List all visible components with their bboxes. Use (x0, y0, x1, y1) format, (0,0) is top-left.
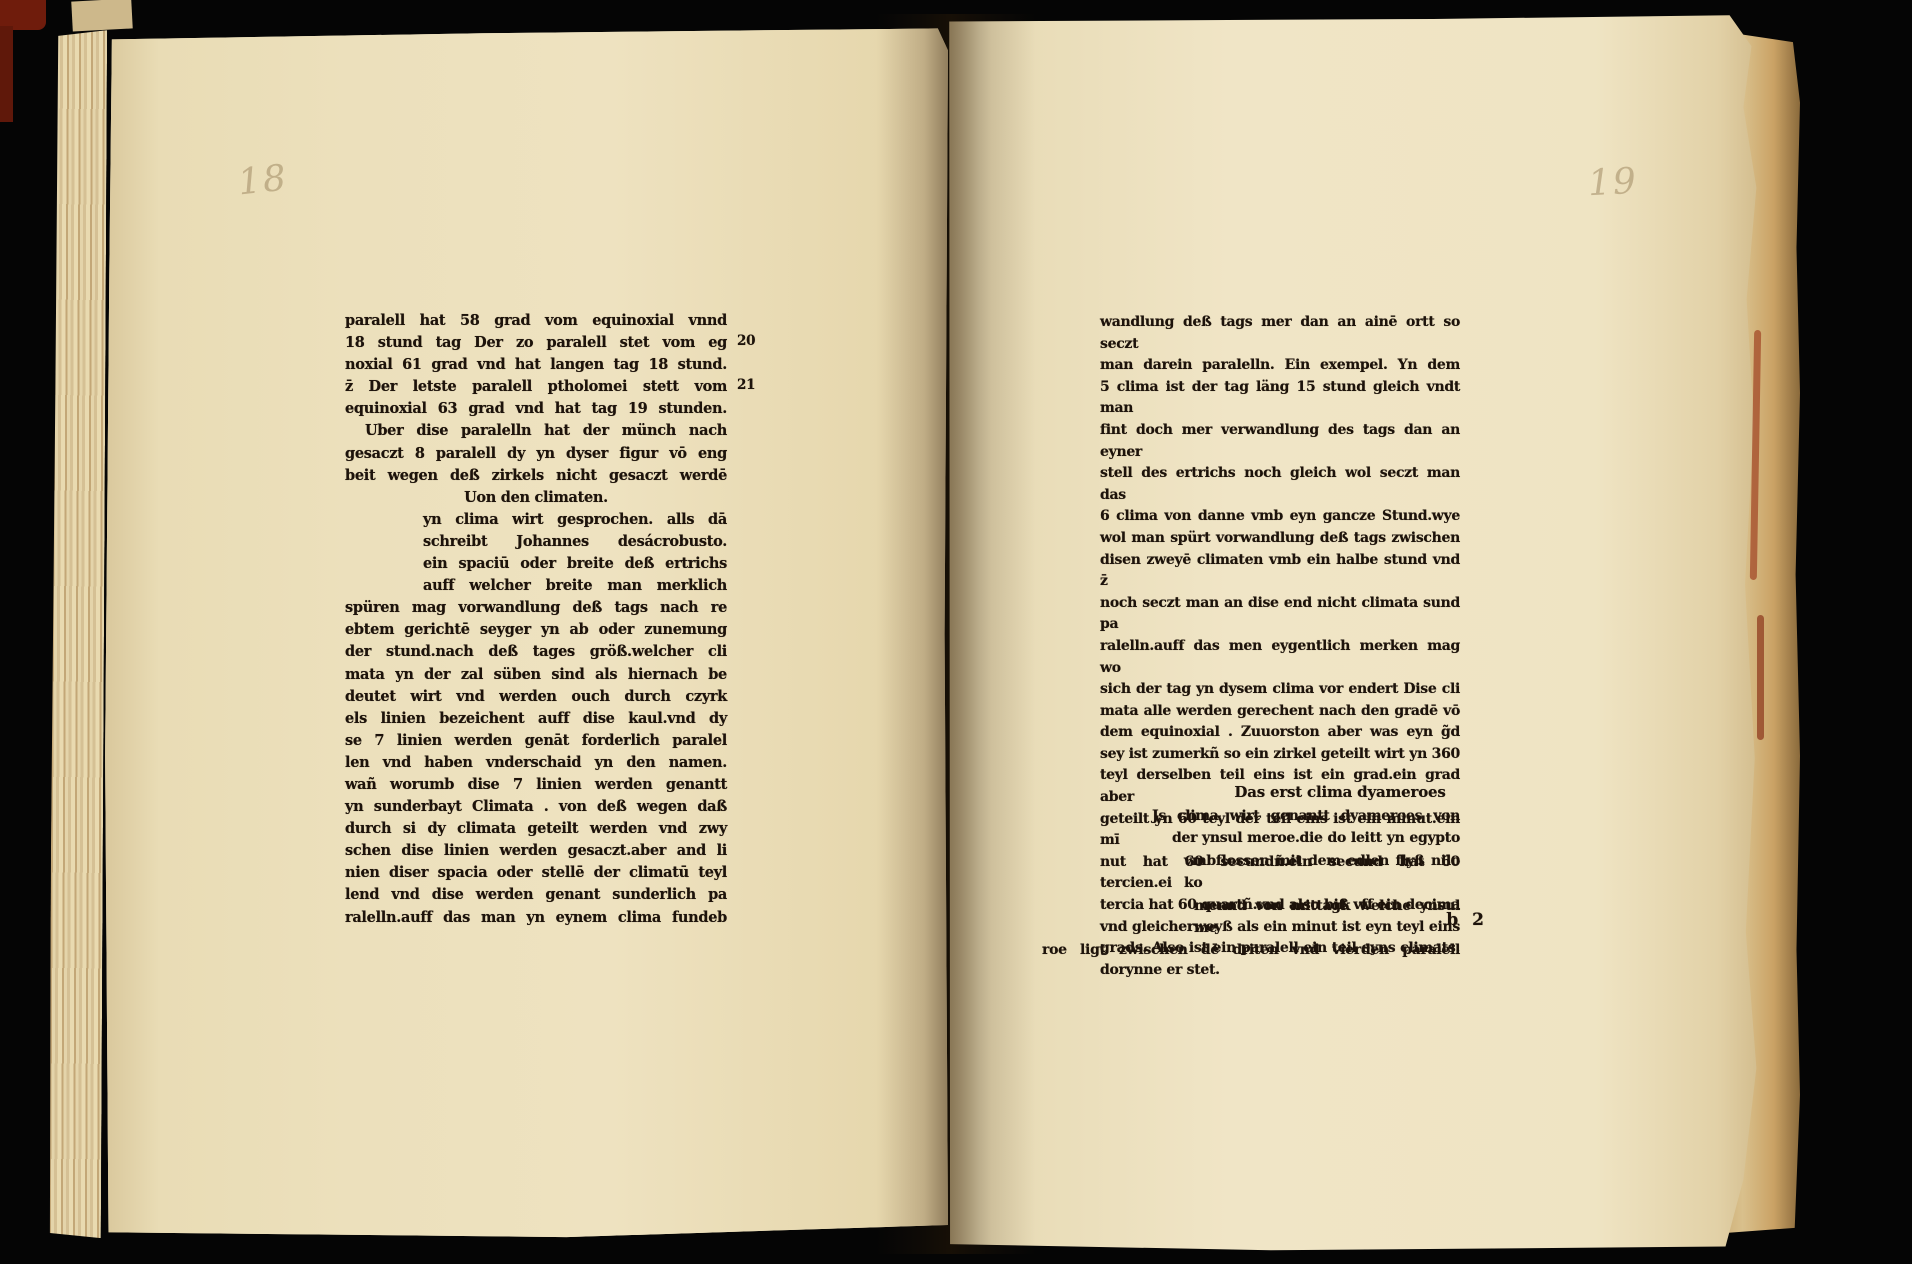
text-line: 6 clima von danne vmb eyn gancze Stund.w… (1100, 506, 1460, 528)
text-line: beit wegen deß zirkels nicht gesaczt wer… (345, 465, 727, 487)
text-line: roe ligt zwischen dē driten vnd vierden … (1042, 939, 1460, 961)
text-line: 5 clima ist der tag läng 15 stund gleich… (1100, 377, 1460, 420)
left-text-column: 20 21 paralell hat 58 grad vom equinoxia… (345, 310, 727, 929)
text-line: Js clima wirt genantt dyameroes von (1152, 805, 1460, 827)
text-line: dorynne er stet. (1100, 960, 1460, 982)
red-streak (1757, 615, 1764, 740)
text-line: wol man spürt vorwandlung deß tags zwisc… (1100, 528, 1460, 550)
text-line: paralell hat 58 grad vom equinoxial vnnd (345, 310, 727, 332)
text-line: wañ worumb dise 7 linien werden genantt (345, 774, 727, 796)
text-line: spüren mag vorwandlung deß tags nach re (345, 597, 727, 619)
text-line: ralelln.auff das man yn eynem clima fund… (345, 907, 727, 929)
margin-note: 20 (737, 330, 755, 352)
pencil-folio-right: 19 (1587, 161, 1639, 205)
signature-mark: b 2 (1100, 910, 1488, 930)
text-line: mata yn der zal süben sind als hiernach … (345, 664, 727, 686)
text-line: se 7 linien werden genāt forderlich para… (345, 730, 727, 752)
text-line: man darein paralelln. Ein exempel. Yn de… (1100, 355, 1460, 377)
text-line: fint doch mer verwandlung des tags dan a… (1100, 420, 1460, 463)
text-line: lend vnd dise werden genant sunderlich p… (345, 884, 727, 906)
text-line: gesaczt 8 paralell dy yn dyser figur vō … (345, 443, 727, 465)
text-line: auff welcher breite man merklich (423, 575, 727, 597)
text-line: noxial 61 grad vnd hat langen tag 18 stu… (345, 354, 727, 376)
text-line: noch seczt man an dise end nicht climata… (1100, 593, 1460, 636)
margin-note: 21 (737, 374, 755, 396)
text-line: vmbflossen mit dem edlen flyß nilo ko (1184, 850, 1460, 895)
text-line: z̄ Der letste paralell ptholomei stett v… (345, 376, 727, 398)
text-line: ralelln.auff das men eygentlich merken m… (1100, 636, 1460, 679)
text-line: wandlung deß tags mer dan an ainē ortt s… (1100, 312, 1460, 355)
text-line: dem equinoxial . Zuuorston aber was eyn … (1100, 722, 1460, 744)
text-line: Uon den climaten. (345, 487, 727, 509)
book-scan: 18 19 20 21 paralell hat 58 grad vom equ… (0, 0, 1912, 1264)
text-line: ebtem gerichtē seyger yn ab oder zunemun… (345, 619, 727, 641)
text-line: els linien bezeichent auff dise kaul.vnd… (345, 708, 727, 730)
text-line: 18 stund tag Der zo paralell stet vom eg (345, 332, 727, 354)
text-line: len vnd haben vnderschaid yn den namen. (345, 752, 727, 774)
page-top-edge (71, 0, 132, 32)
text-line: Uber dise paralelln hat der münch nach (345, 420, 727, 442)
pencil-folio-left: 18 (236, 158, 290, 204)
text-line: stell des ertrichs noch gleich wol seczt… (1100, 463, 1460, 506)
text-line: schreibt Johannes desácrobusto. (423, 531, 727, 553)
text-line: disen zweyē climaten vmb ein halbe stund… (1100, 550, 1460, 593)
text-line: sey ist zumerkñ so ein zirkel geteilt wi… (1100, 744, 1460, 766)
text-line: equinoxial 63 grad vnd hat tag 19 stunde… (345, 398, 727, 420)
text-line: durch si dy climata geteilt werden vnd z… (345, 818, 727, 840)
text-line: deutet wirt vnd werden ouch durch czyrk (345, 686, 727, 708)
page-stack-edge (49, 30, 107, 1238)
text-line: yn sunderbayt Climata . von deß wegen da… (345, 796, 727, 818)
text-line: sich der tag yn dysem clima vor endert D… (1100, 679, 1460, 701)
text-line: nien diser spacia oder stellē der climat… (345, 862, 727, 884)
text-line: yn clima wirt gesprochen. alls dā (423, 509, 727, 531)
red-stain-edge (0, 26, 13, 122)
text-line: der ynsul meroe.die do leitt yn egypto (1172, 827, 1460, 849)
text-line: ein spaciū oder breite deß ertrichs (423, 553, 727, 575)
text-line: schen dise linien werden gesaczt.aber an… (345, 840, 727, 862)
text-line: mata alle werden gerechent nach den grad… (1100, 701, 1460, 723)
right-closing-paragraph: Js clima wirt genantt dyameroes vonder y… (1100, 805, 1460, 962)
text-line: der stund.nach deß tages größ.welcher cl… (345, 641, 727, 663)
chapter-heading: Das erst clima dyameroes (1160, 783, 1520, 801)
